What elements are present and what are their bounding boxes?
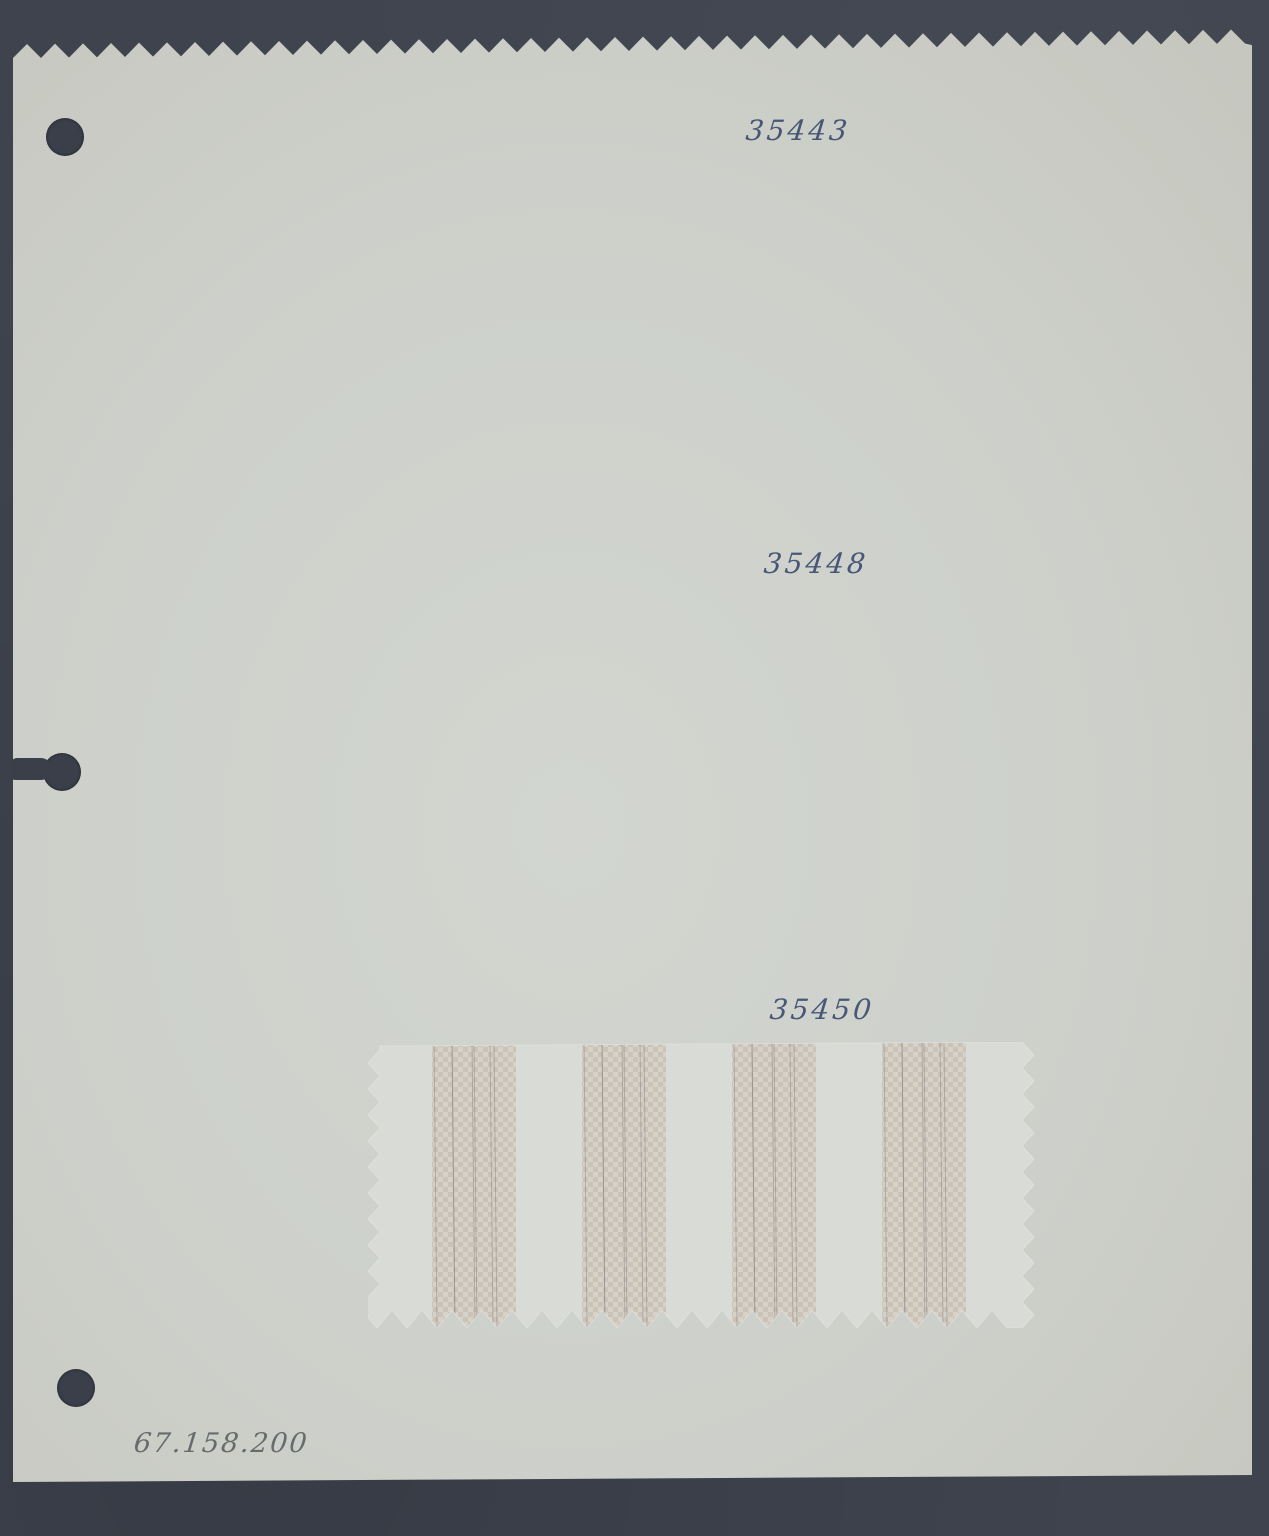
- accession-number: 67.158.200: [132, 1428, 310, 1459]
- binder-hole-top: [46, 118, 84, 156]
- sample-number-label: 35450: [768, 993, 876, 1026]
- fabric-swatch-image: [368, 1042, 1034, 1328]
- sample-number-label: 35443: [744, 114, 852, 147]
- sample-number-label: 35448: [762, 547, 870, 580]
- binder-hole-bottom: [57, 1369, 95, 1407]
- hole-tear: [10, 758, 52, 780]
- fabric-swatch: [368, 1042, 1034, 1328]
